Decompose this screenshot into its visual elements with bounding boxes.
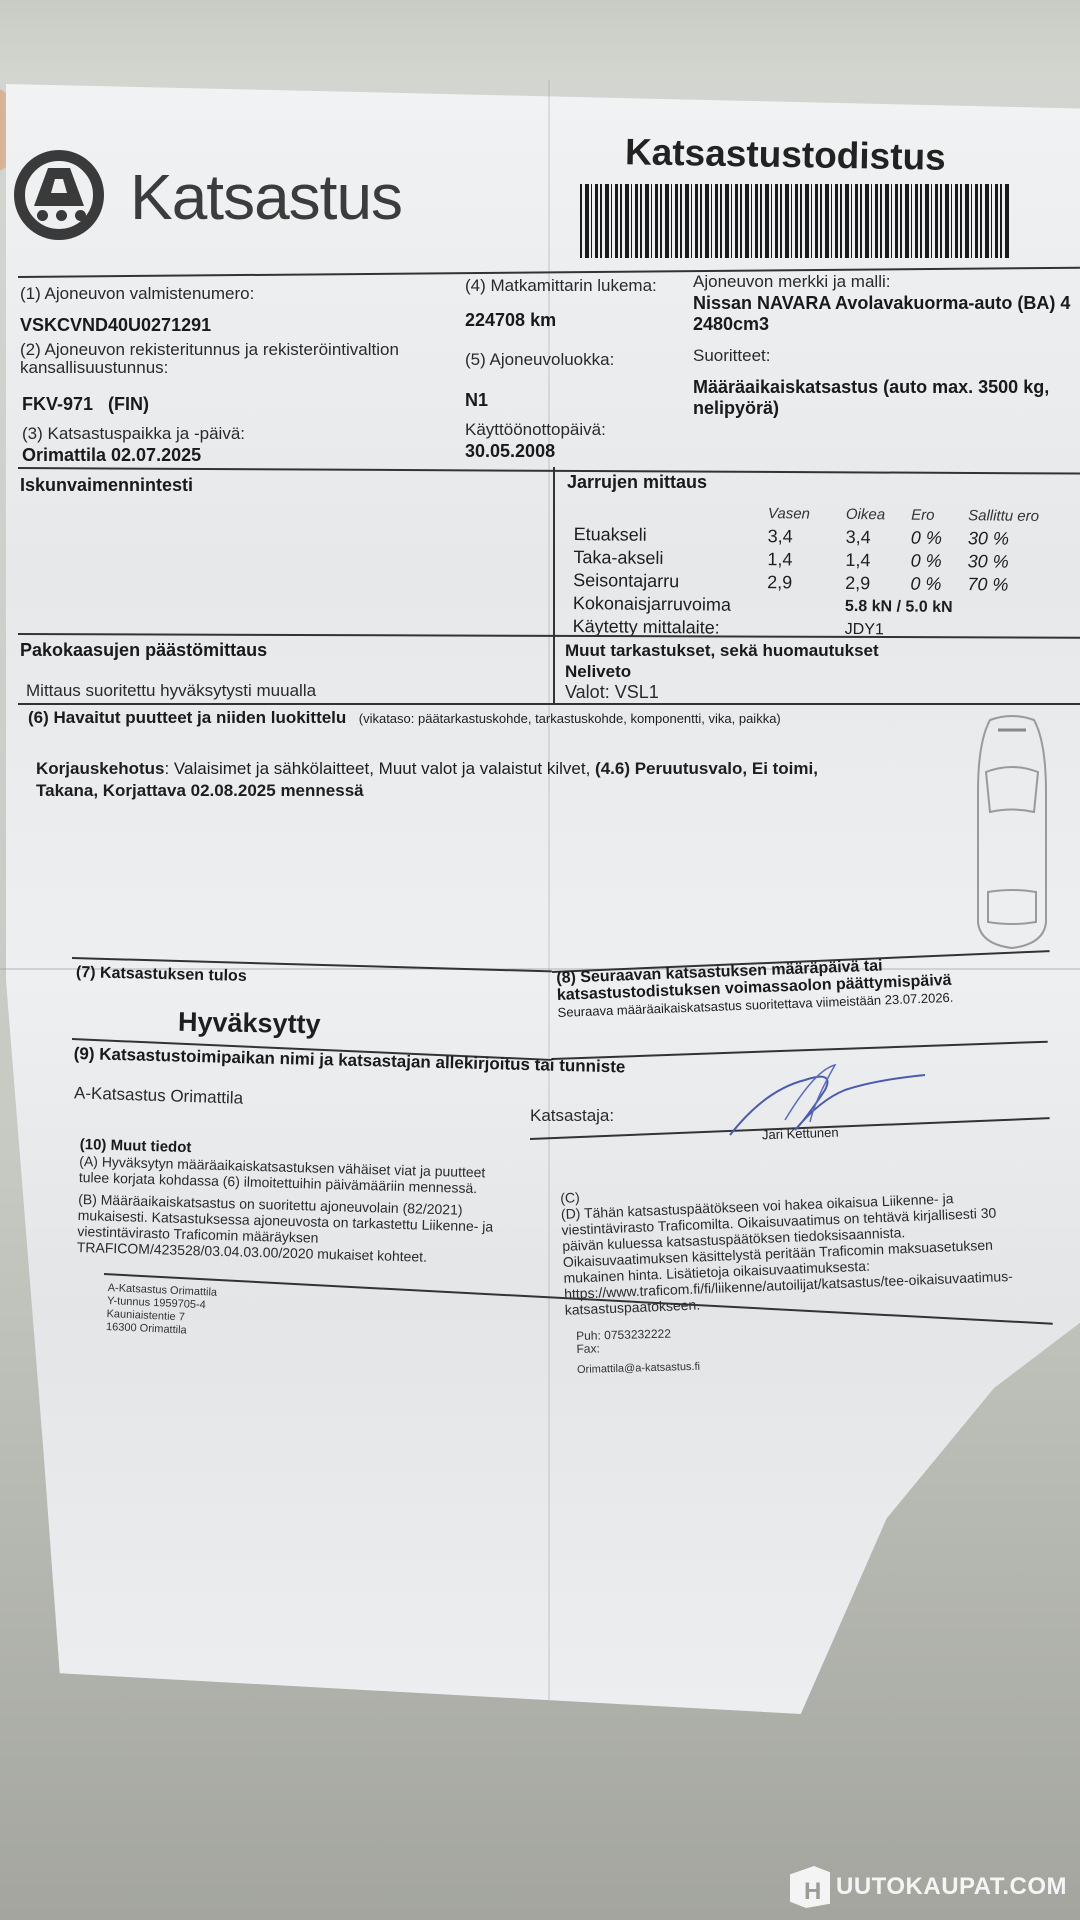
odometer-value: 224708 km [465, 310, 556, 331]
defects-title: (6) Havaitut puutteet ja niiden luokitte… [28, 708, 346, 727]
emissions-result: Mittaus suoritettu hyväksytysti muualla [26, 681, 316, 701]
footer-contact: Puh: 0753232222 Fax: Orimattila@a-katsas… [576, 1327, 700, 1377]
logo-wheel [75, 210, 86, 221]
footer-fax: Fax: [576, 1340, 699, 1356]
row-name: Taka-akseli [567, 546, 737, 571]
other-checks-line2: Valot: VSL1 [565, 682, 659, 703]
class-label: (5) Ajoneuvoluokka: [465, 350, 614, 370]
make-value-2: 2480cm3 [693, 314, 769, 335]
watermark-text: UUTOKAUPAT.COM [836, 1873, 1067, 1901]
place-value: Orimattila 02.07.2025 [22, 445, 201, 466]
brake-title: Jarrujen mittaus [567, 472, 707, 493]
commission-date-label: Käyttöönottopäivä: [465, 420, 606, 440]
service-label: Suoritteet: [693, 346, 771, 366]
defects-header: (6) Havaitut puutteet ja niiden luokitte… [28, 708, 781, 728]
row-left: 2,9 [737, 571, 815, 595]
row-diff: 0 % [891, 549, 948, 573]
class-value: N1 [465, 390, 488, 411]
other-checks-line1: Neliveto [565, 662, 631, 682]
place-label: (3) Katsastuspaikka ja -päivä: [22, 424, 245, 444]
row-left: 1,4 [737, 548, 815, 572]
inspector-label: Katsastaja: [530, 1106, 614, 1126]
other-info-left: (10) Muut tiedot (A) Hyväksytyn määräaik… [77, 1136, 540, 1268]
col-name [568, 500, 738, 525]
logo-wheel [37, 210, 48, 221]
inspector-name: Jari Kettunen [762, 1125, 839, 1143]
col-right: Oikea [816, 503, 891, 527]
device-value: JDY1 [815, 618, 1044, 643]
huutokaupat-logo-icon: H [790, 1866, 830, 1908]
reg-label: (2) Ajoneuvon rekisteritunnus ja rekiste… [20, 340, 399, 360]
huutokaupat-watermark: H UUTOKAUPAT.COM [790, 1866, 1067, 1908]
row-right: 3,4 [816, 526, 891, 550]
reg-label-2: kansallisuustunnus: [20, 358, 168, 378]
logo-wheel [56, 210, 67, 221]
document-title: Katsastustodistus [625, 131, 946, 179]
col-diff: Ero [891, 503, 948, 527]
total-label: Kokonaisjarruvoima [567, 592, 737, 617]
car-diagram-icon [970, 712, 1054, 952]
row-right: 1,4 [815, 549, 890, 573]
reg-value: FKV-971 (FIN) [22, 394, 149, 415]
row-name: Etuakseli [568, 523, 738, 548]
defect-item: Korjauskehotus: Valaisimet ja sähkölaitt… [36, 758, 936, 802]
row-allowed: 70 % [947, 573, 1044, 597]
row-allowed: 30 % [948, 550, 1045, 574]
defect-text: : Valaisimet ja sähkölaitteet, Muut valo… [164, 759, 595, 778]
other-checks-title: Muut tarkastukset, sekä huomautukset [565, 641, 879, 661]
logo-text: Katsastus [130, 160, 402, 234]
barcode [580, 184, 1010, 258]
col-left: Vasen [738, 502, 816, 526]
defect-level: Korjauskehotus [36, 759, 164, 778]
defect-detail: (4.6) Peruutusvalo, Ei toimi, [595, 759, 818, 778]
defects-subtitle: (vikataso: päätarkastuskohde, tarkastusk… [359, 711, 781, 726]
service-value: Määräaikaiskatsastus (auto max. 3500 kg, [693, 377, 1049, 398]
vin-label: (1) Ajoneuvon valmistenumero: [20, 284, 254, 304]
defect-deadline: Takana, Korjattava 02.08.2025 mennessä [36, 781, 364, 800]
vin-value: VSKCVND40U0271291 [20, 315, 211, 336]
result-value: Hyväksytty [178, 1007, 321, 1040]
watermark-letter: H [804, 1878, 821, 1906]
divider [18, 703, 1080, 705]
other-info-right: (C) (D) Tähän katsastuspäätökseen voi ha… [560, 1171, 1045, 1318]
row-allowed: 30 % [948, 527, 1045, 551]
make-label: Ajoneuvon merkki ja malli: [693, 272, 890, 292]
row-left: 3,4 [738, 525, 816, 549]
brake-measurement-table: Vasen Oikea Ero Sallittu ero Etuakseli 3… [567, 500, 1046, 643]
commission-date-value: 30.05.2008 [465, 441, 555, 462]
column-divider [553, 467, 555, 703]
service-value-2: nelipyörä) [693, 398, 779, 419]
shock-test-title: Iskunvaimennintesti [20, 475, 193, 496]
result-label: (7) Katsastuksen tulos [76, 964, 247, 986]
row-diff: 0 % [891, 526, 948, 550]
row-diff: 0 % [890, 572, 947, 596]
emissions-title: Pakokaasujen päästömittaus [20, 640, 267, 661]
odometer-label: (4) Matkamittarin lukema: [465, 276, 657, 296]
col-allowed: Sallittu ero [948, 504, 1045, 528]
row-right: 2,9 [815, 572, 890, 596]
total-value: 5.8 kN / 5.0 kN [815, 595, 1044, 620]
make-value: Nissan NAVARA Avolavakuorma-auto (BA) 4 [693, 293, 1070, 314]
row-name: Seisontajarru [567, 569, 737, 594]
footer-address: A-Katsastus Orimattila Y-tunnus 1959705-… [106, 1282, 218, 1339]
